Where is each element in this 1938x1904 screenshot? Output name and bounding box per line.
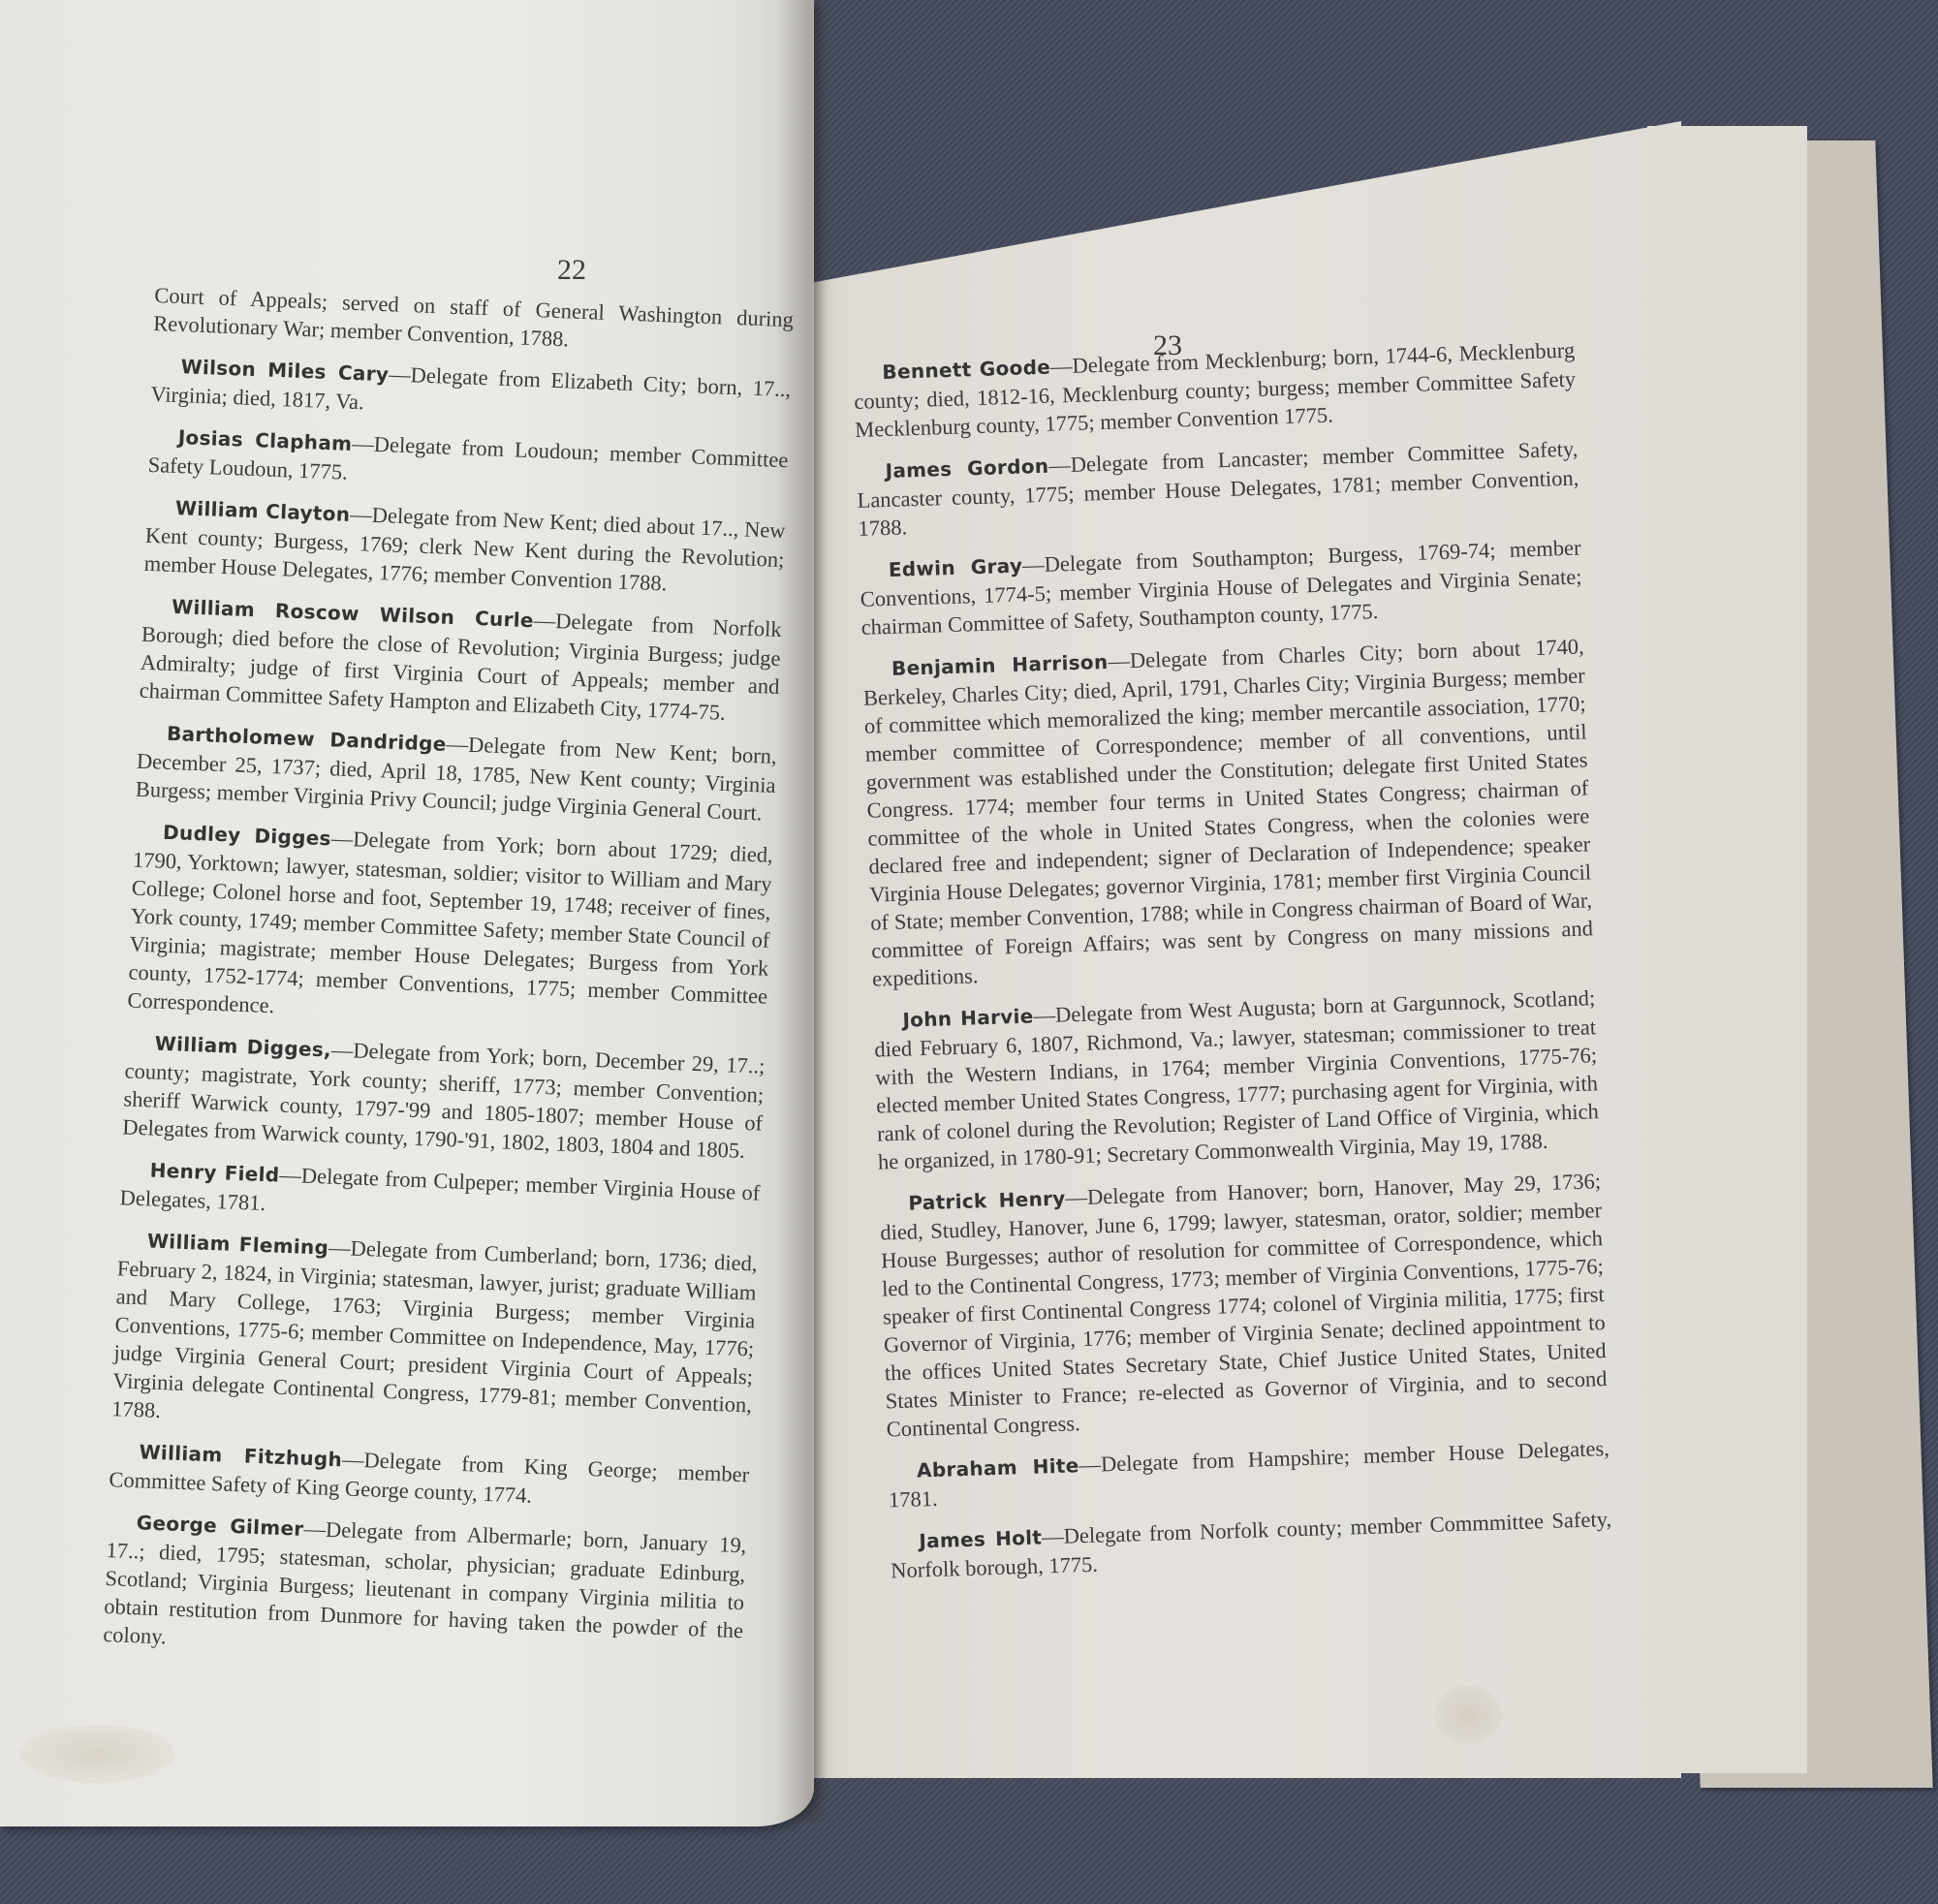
left-page-text: Court of Appeals; served on staff of Gen…: [102, 281, 794, 1686]
page-number-left: 22: [557, 254, 586, 287]
delegate-name: Edwin Gray: [888, 554, 1022, 581]
entry: William Digges,—Delegate from York; born…: [122, 1027, 766, 1165]
delegate-name: William Fleming: [147, 1229, 329, 1259]
entry: Benjamin Harrison—Delegate from Charles …: [862, 632, 1595, 992]
delegate-name: Henry Field: [149, 1158, 280, 1186]
entry: William Fitzhugh—Delegate from King Geor…: [109, 1436, 750, 1517]
entry-text: —Delegate from Southampton; Burgess, 176…: [860, 535, 1581, 639]
delegate-name: Benjamin Harrison: [891, 650, 1109, 680]
entry: Henry Field—Delegate from Culpeper; memb…: [119, 1154, 761, 1235]
entry: Bartholomew Dandridge—Delegate from New …: [135, 718, 777, 827]
entry: Patrick Henry—Delegate from Hanover; bor…: [879, 1167, 1609, 1443]
delegate-name: William Fitzhugh: [139, 1440, 342, 1471]
entry: George Gilmer—Delegate from Albermarle; …: [103, 1507, 747, 1672]
entry: William Clayton—Delegate from New Kent; …: [143, 492, 786, 602]
entry: John Harvie—Delegate from West Augusta; …: [873, 983, 1600, 1175]
entry-text: —Delegate from Lancaster; member Committ…: [857, 437, 1579, 541]
delegate-name: George Gilmer: [136, 1511, 304, 1541]
entry: Josias Clapham—Delegate from Loudoun; me…: [147, 421, 789, 503]
delegate-name: James Gordon: [885, 454, 1048, 483]
entry-text: —Delegate from Charles City; born about …: [863, 634, 1594, 990]
entry: Wilson Miles Cary—Delegate from Elizabet…: [150, 351, 792, 432]
delegate-name: Abraham Hite: [917, 1453, 1079, 1482]
entry: James Gordon—Delegate from Lancaster; me…: [856, 435, 1579, 543]
entry: Dudley Digges—Delegate from York; born a…: [127, 817, 773, 1039]
book-spine-shadow: [775, 0, 833, 1822]
entry-text: —Delegate from York; born about 1729; di…: [127, 826, 773, 1017]
right-page-text: Bennett Goode—Delegate from Mecklenburg;…: [853, 336, 1613, 1599]
paper-stain: [19, 1725, 174, 1783]
delegate-name: William Digges,: [154, 1032, 331, 1062]
delegate-name: Wilson Miles Cary: [180, 355, 389, 386]
delegate-name: James Holt: [919, 1525, 1043, 1552]
entry: Edwin Gray—Delegate from Southampton; Bu…: [859, 533, 1582, 640]
entry: James Holt—Delegate from Norfolk county;…: [890, 1505, 1612, 1584]
entry: William Fleming—Delegate from Cumberland…: [111, 1225, 758, 1447]
entry-text: —Delegate from Cumberland; born, 1736; d…: [111, 1235, 758, 1422]
entry: Abraham Hite—Delegate from Hampshire; me…: [888, 1434, 1610, 1514]
delegate-name: Patrick Henry: [908, 1187, 1066, 1215]
delegate-name: John Harvie: [902, 1004, 1034, 1031]
delegate-name: Dudley Digges: [163, 821, 332, 851]
delegate-name: Bennett Goode: [882, 356, 1050, 384]
delegate-name: Josias Clapham: [177, 425, 352, 455]
paper-stain: [1434, 1686, 1502, 1744]
delegate-name: William Clayton: [175, 496, 351, 526]
entry: William Roscow Wilson Curle—Delegate fro…: [139, 591, 782, 729]
